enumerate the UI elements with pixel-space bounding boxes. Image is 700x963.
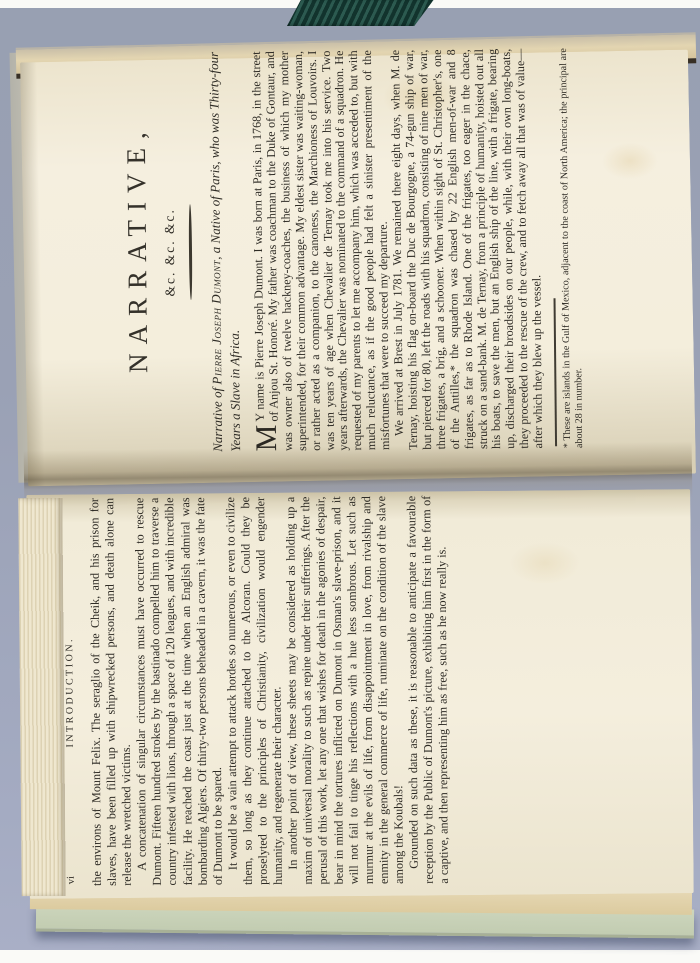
scan-margin-bottom: [0, 950, 700, 963]
paragraph: We arrived at Brest in July 1781. We rem…: [389, 48, 546, 450]
right-page-text: NARRATIVE, &c. &c. &c. Narrative of Pier…: [90, 47, 690, 453]
left-page-text: vi INTRODUCTION. the environs of Mount F…: [59, 495, 577, 887]
narrative-title: NARRATIVE,: [120, 52, 155, 452]
dark-green-spine-object: [287, 0, 435, 26]
title-rule: [189, 204, 193, 300]
left-page-body: the environs of Mount Felix. The seragli…: [87, 496, 452, 887]
open-book-scan: NARRATIVE, &c. &c. &c. Narrative of Pier…: [0, 0, 700, 963]
paragraph: A concatenation of singular circumstance…: [132, 497, 225, 886]
paragraph-text: Y name is Pierre Joseph Dumont. I was bo…: [249, 50, 392, 451]
paragraph: In another point of view, these sheets m…: [283, 496, 406, 885]
paragraph: It would be a vain attempt to attack hor…: [223, 497, 286, 885]
running-header: vi INTRODUCTION.: [59, 498, 77, 886]
paragraph: the environs of Mount Felix. The seragli…: [87, 498, 135, 886]
footnote: * These are islands in the Gulf of Mexic…: [557, 48, 586, 448]
chapter-heading-prefix: Narrative of: [209, 384, 225, 451]
paragraph: MY name is Pierre Joseph Dumont. I was b…: [250, 50, 393, 451]
footnote-rule: [554, 298, 557, 446]
paragraph: Grounded on such data as these, it is re…: [404, 496, 452, 884]
etcetera-line: &c. &c. &c.: [160, 52, 180, 452]
right-page-body: MY name is Pierre Joseph Dumont. I was b…: [250, 48, 546, 451]
chapter-heading: Narrative of Pierre Joseph Dumont, a Nat…: [205, 52, 244, 452]
page-number: vi: [65, 828, 76, 884]
chapter-heading-name: Pierre Joseph Dumont: [208, 260, 224, 385]
running-head-title: INTRODUCTION.: [64, 556, 77, 828]
dropcap-initial: M: [254, 421, 279, 451]
